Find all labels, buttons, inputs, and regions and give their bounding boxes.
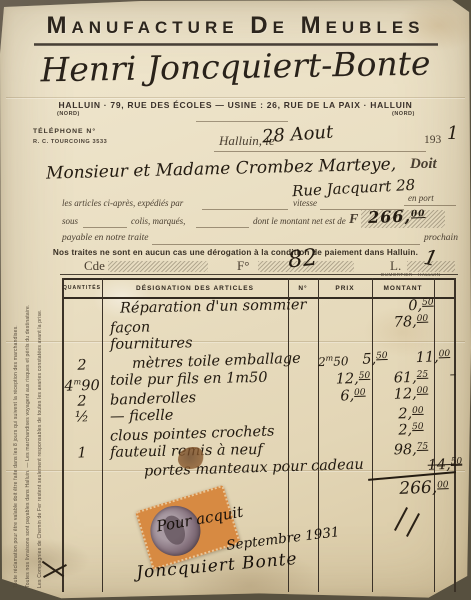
cell-extra	[442, 382, 465, 401]
cell-no	[296, 422, 327, 441]
company-title: Manufacture De Meubles	[0, 12, 471, 40]
cell-prix	[326, 312, 381, 332]
currency-symbol: F	[349, 212, 358, 228]
cell-qty: 1	[62, 445, 102, 464]
paper-crease	[6, 97, 465, 98]
net-amount-value: 266,00	[368, 206, 426, 227]
invoice-photo: Manufacture De Meubles Henri Joncquiert-…	[0, 0, 471, 600]
phone-label: TÉLÉPHONE N°	[33, 128, 96, 135]
cell-extra: –	[464, 345, 471, 364]
form-vitesse-label: vitesse	[293, 198, 317, 208]
doit-label: Doit	[410, 156, 437, 173]
cell-no	[296, 333, 326, 352]
region-note-left: (NORD)	[57, 111, 80, 117]
col-header-montant: MONTANT	[372, 285, 434, 292]
region-note-right: (NORD)	[392, 111, 415, 117]
cell-no	[296, 405, 326, 424]
cell-prix: 6,00	[326, 384, 381, 404]
cell-montant: 78,00	[380, 310, 443, 330]
cell-qty	[62, 301, 102, 320]
form-montant-label: dont le montant net est de	[253, 216, 346, 226]
cell-montant: 14,50	[414, 453, 471, 473]
cell-extra	[442, 310, 465, 329]
cell-extra	[442, 418, 465, 437]
cell-montant: 12,00	[380, 382, 443, 402]
cell-prix	[360, 455, 415, 475]
address-right: USINE : 26, RUE DE LA PAIX · HALLUIN	[228, 100, 413, 110]
table-rows: Réparation d'un sommier0,50façon78,00fou…	[62, 298, 456, 478]
cell-no	[306, 297, 336, 316]
cell-no	[296, 386, 327, 405]
col-header-prix: PRIX	[318, 285, 372, 292]
margin-note: Toute réclamation pour être valable doit…	[12, 280, 21, 588]
cell-no	[296, 441, 326, 460]
address-underline	[196, 121, 288, 122]
f-value-handwritten: 82	[287, 245, 319, 274]
form-blank	[202, 209, 288, 210]
cell-qty: ½	[62, 409, 102, 428]
total-amount: 266,00	[392, 477, 457, 499]
owner-name: Henri Joncquiert-Bonte	[0, 43, 471, 90]
form-payable-label: payable en notre traite	[62, 233, 148, 243]
cell-no	[296, 369, 326, 388]
address-left: HALLUIN · 79, RUE DES ÉCOLES	[59, 100, 213, 110]
form-blank	[83, 227, 127, 228]
form-blank	[196, 227, 249, 228]
cell-qty: 4m90	[62, 373, 102, 392]
cell-prix: 5,50	[348, 348, 403, 368]
cell-no	[296, 314, 327, 333]
form-line1-text: les articles ci-après, expédiés par	[62, 198, 183, 208]
form-blank	[152, 244, 420, 245]
ink-slash	[406, 513, 420, 537]
dateline-blank	[214, 151, 426, 152]
cell-qty	[62, 337, 102, 356]
col-header-quantites: QUANTITÉS	[62, 285, 102, 291]
cell-montant: 11,00	[402, 346, 465, 366]
f-label: F°	[237, 258, 249, 274]
form-sous-label: sous	[62, 216, 78, 226]
form-enport-label: en port	[408, 193, 434, 203]
cell-prix	[326, 420, 381, 440]
form-prochain-label: prochain	[424, 233, 458, 243]
margin-notes: Toute réclamation pour être valable doit…	[12, 280, 45, 590]
cell-no: 2m50	[318, 349, 349, 368]
margin-note: Toutes nos livraisons sont payables dans…	[24, 280, 33, 588]
cell-qty	[62, 465, 103, 484]
form-colis-label: colis, marqués,	[131, 216, 185, 226]
payment-notice: Nos traites ne sont en aucun cas une dér…	[0, 248, 471, 257]
cell-montant: 2,50	[380, 418, 443, 438]
address-separator: —	[215, 100, 224, 110]
address-line: HALLUIN · 79, RUE DES ÉCOLES — USINE : 2…	[0, 100, 471, 110]
printed-year: 193	[424, 134, 441, 146]
cde-label: Cde	[84, 258, 105, 274]
margin-note: Les Compagnies de Chemin de Fer restent …	[36, 280, 45, 588]
ink-slash	[394, 507, 408, 531]
col-header-designation: DÉSIGNATION DES ARTICLES	[102, 285, 288, 292]
cell-no	[330, 457, 361, 476]
cde-box	[108, 261, 208, 272]
handwritten-year-digit: 1	[447, 123, 458, 144]
registry-number: R. C. TOURCOING 3533	[33, 139, 107, 145]
col-header-numero: N°	[288, 285, 318, 292]
